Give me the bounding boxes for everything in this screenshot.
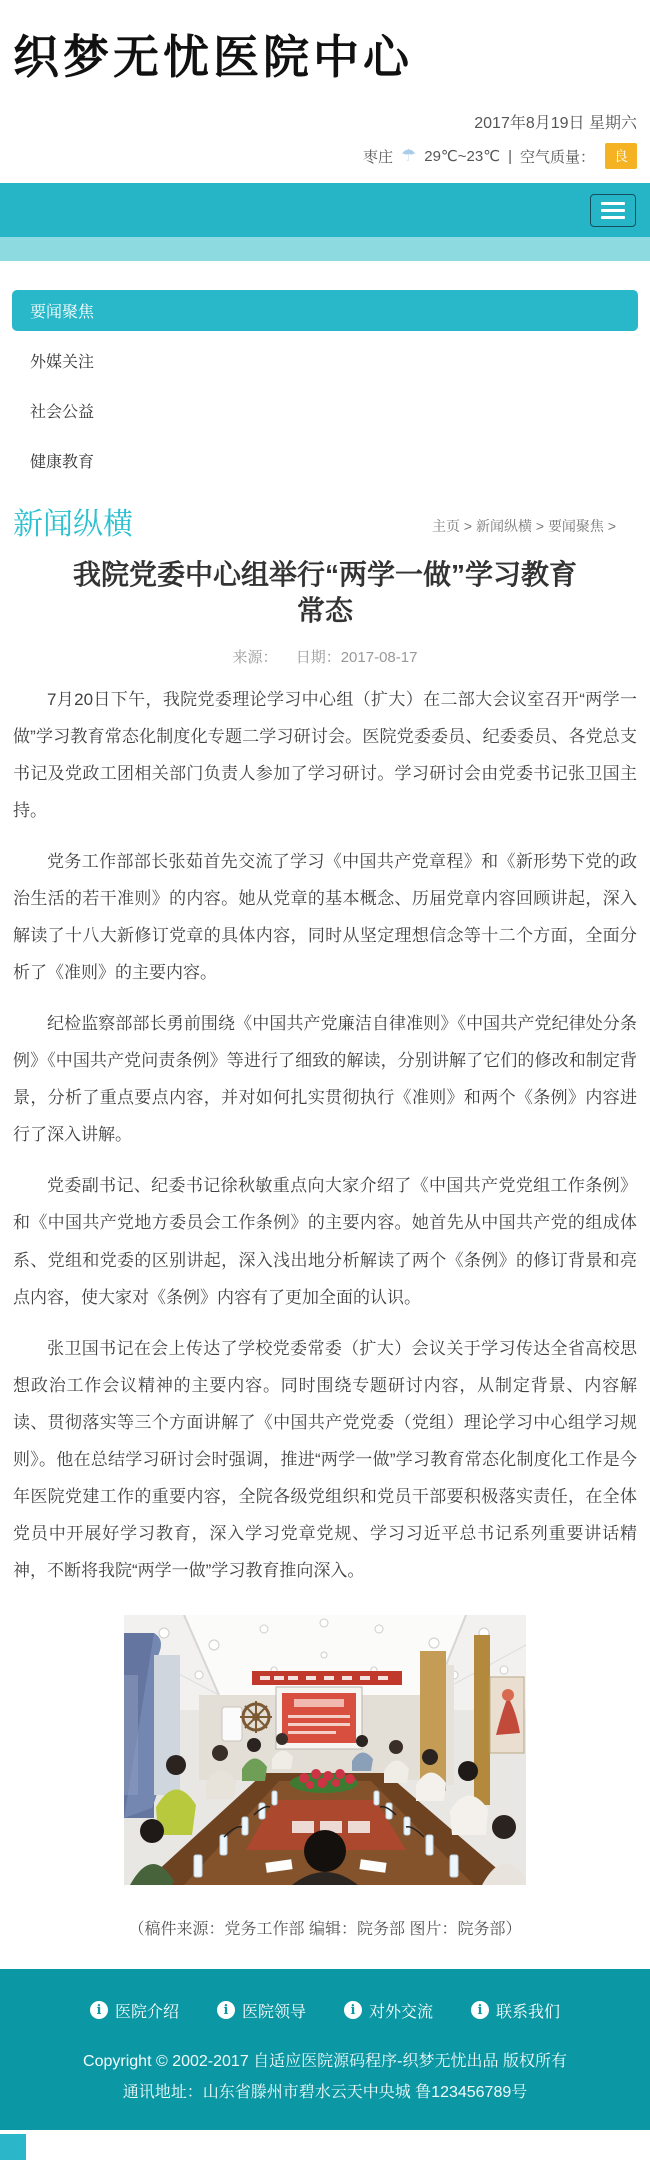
menu-item-waimeiguanzhu[interactable]: 外媒关注 bbox=[12, 340, 638, 381]
weather-temp: 29℃~23℃ bbox=[424, 147, 500, 165]
menu-toggle-button[interactable] bbox=[590, 194, 636, 227]
breadcrumb-separator: > bbox=[608, 518, 616, 534]
float-widget-button[interactable] bbox=[0, 2134, 26, 2160]
menu-item-yaowenjujiao[interactable]: 要闻聚焦 bbox=[12, 290, 638, 331]
copyright-text: Copyright © 2002-2017 自适应医院源码程序-织梦无忧出品 版… bbox=[10, 2048, 640, 2071]
breadcrumb-home[interactable]: 主页 bbox=[432, 518, 460, 534]
info-icon: i bbox=[471, 2001, 489, 2019]
footer-link-external-exchange[interactable]: i 对外交流 bbox=[344, 1999, 433, 2022]
article-source: 来源： bbox=[233, 649, 278, 666]
date-text: 2017年8月19日 星期六 bbox=[13, 110, 637, 133]
navbar-accent-strip bbox=[0, 237, 650, 261]
article-date: 日期：2017-08-17 bbox=[296, 649, 418, 666]
article-paragraph: 纪检监察部部长勇前围绕《中国共产党廉洁自律准则》《中国共产党纪律处分条例》《中国… bbox=[13, 1005, 637, 1153]
page-footer: i 医院介绍 i 医院领导 i 对外交流 i 联系我们 Copyright © … bbox=[0, 1969, 650, 2130]
footer-link-hospital-intro[interactable]: i 医院介绍 bbox=[90, 1999, 179, 2022]
image-caption: （稿件来源：党务工作部 编辑：院务部 图片：院务部） bbox=[13, 1916, 637, 1939]
address-text: 通讯地址：山东省滕州市碧水云天中央城 鲁123456789号 bbox=[10, 2079, 640, 2102]
footer-link-hospital-leaders[interactable]: i 医院领导 bbox=[217, 1999, 306, 2022]
top-navbar bbox=[0, 183, 650, 237]
site-logo: 织梦无忧医院中心 bbox=[13, 26, 637, 88]
article-paragraph: 张卫国书记在会上传达了学校党委常委（扩大）会议关于学习传达全省高校思想政治工作会… bbox=[13, 1330, 637, 1589]
weather-bar: 枣庄 ☂ 29℃~23℃ | 空气质量： 良 bbox=[13, 143, 637, 169]
breadcrumb: 主页 > 新闻纵横 > 要闻聚焦 > bbox=[432, 507, 637, 543]
category-menu: 要闻聚焦 外媒关注 社会公益 健康教育 bbox=[12, 290, 638, 481]
article-meta: 来源： 日期：2017-08-17 bbox=[13, 646, 637, 667]
info-icon: i bbox=[344, 2001, 362, 2019]
article-image-wrap bbox=[13, 1615, 637, 1890]
article-paragraph: 7月20日下午，我院党委理论学习中心组（扩大）在二部大会议室召开“两学一做”学习… bbox=[13, 681, 637, 829]
meeting-room-photo bbox=[124, 1615, 526, 1885]
footer-link-label: 联系我们 bbox=[496, 1999, 560, 2022]
footer-link-label: 医院介绍 bbox=[115, 1999, 179, 2022]
main-content: 新闻纵横 主页 > 新闻纵横 > 要闻聚焦 > 我院党委中心组举行“两学一做”学… bbox=[0, 507, 650, 1939]
article-title: 我院党委中心组举行“两学一做”学习教育常态 bbox=[65, 557, 585, 630]
aqi-badge: 良 bbox=[605, 143, 637, 169]
section-head: 新闻纵横 主页 > 新闻纵横 > 要闻聚焦 > bbox=[13, 507, 637, 543]
hamburger-icon bbox=[601, 202, 625, 205]
aqi-label: 空气质量： bbox=[520, 146, 595, 167]
breadcrumb-news[interactable]: 新闻纵横 bbox=[476, 518, 532, 534]
menu-item-jiankangjiaoyu[interactable]: 健康教育 bbox=[12, 440, 638, 481]
breadcrumb-category[interactable]: 要闻聚焦 bbox=[548, 518, 604, 534]
article-paragraph: 党务工作部部长张茹首先交流了学习《中国共产党章程》和《新形势下党的政治生活的若干… bbox=[13, 843, 637, 991]
breadcrumb-separator: > bbox=[464, 518, 472, 534]
footer-link-label: 医院领导 bbox=[242, 1999, 306, 2022]
bottom-spacer bbox=[0, 2130, 650, 2172]
section-title: 新闻纵横 bbox=[13, 507, 133, 543]
rain-icon: ☂ bbox=[401, 146, 416, 166]
info-icon: i bbox=[217, 2001, 235, 2019]
info-icon: i bbox=[90, 2001, 108, 2019]
footer-links: i 医院介绍 i 医院领导 i 对外交流 i 联系我们 bbox=[10, 1999, 640, 2022]
menu-item-shehuigongyi[interactable]: 社会公益 bbox=[12, 390, 638, 431]
article-body: 7月20日下午，我院党委理论学习中心组（扩大）在二部大会议室召开“两学一做”学习… bbox=[13, 681, 637, 1589]
footer-link-label: 对外交流 bbox=[369, 1999, 433, 2022]
article-paragraph: 党委副书记、纪委书记徐秋敏重点向大家介绍了《中国共产党党组工作条例》和《中国共产… bbox=[13, 1167, 637, 1315]
footer-link-contact-us[interactable]: i 联系我们 bbox=[471, 1999, 560, 2022]
site-header: 织梦无忧医院中心 2017年8月19日 星期六 枣庄 ☂ 29℃~23℃ | 空… bbox=[0, 0, 650, 183]
weather-divider: | bbox=[508, 148, 512, 165]
breadcrumb-separator: > bbox=[536, 518, 544, 534]
weather-city: 枣庄 bbox=[363, 146, 393, 167]
